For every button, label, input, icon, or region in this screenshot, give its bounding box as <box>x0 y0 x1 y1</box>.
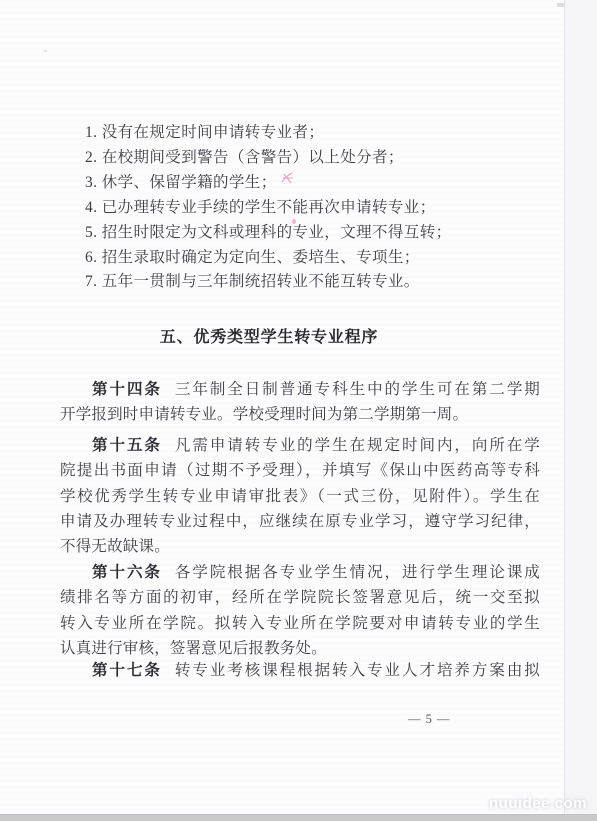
article-paragraph-17: 第十七条转专业考核课程根据转入专业人才培养方案由拟 <box>60 658 540 683</box>
pink-scribble-artifact <box>280 171 296 185</box>
article-line: 绩排名等方面的初审，经所在学院院长签署意见后，统一交至拟 <box>60 585 540 610</box>
section-heading: 五、优秀类型学生转专业程序 <box>60 324 540 347</box>
article-line: 申请及办理转专业过程中，应继续在原专业学习，遵守学习纪律， <box>60 509 540 534</box>
scanned-document-page: 1. 没有在规定时间申请转专业者； 2. 在校期间受到警告（含警告）以上处分者；… <box>0 0 597 821</box>
list-item: 1. 没有在规定时间申请转专业者； <box>85 121 555 146</box>
article-line: 第十六条各学院根据各专业学生情况，进行学生理论课成 <box>60 560 540 585</box>
list-item: 4. 已办理转专业手续的学生不能再次申请转专业； <box>85 196 555 221</box>
article-line: 不得无故缺课。 <box>60 534 540 559</box>
article-line: 开学报到时申请转专业。学校受理时间为第二学期第一周。 <box>60 402 540 427</box>
site-watermark: nuuidee.com <box>489 795 597 812</box>
article-text: 凡需申请转专业的学生在规定时间内，向所在学 <box>175 437 540 454</box>
article-paragraph-14: 第十四条三年制全日制普通专科生中的学生可在第二学期 开学报到时申请转专业。学校受… <box>60 377 540 428</box>
article-line: 第十四条三年制全日制普通专科生中的学生可在第二学期 <box>60 377 540 402</box>
article-lead: 第十七条 <box>92 662 162 679</box>
exclusion-list: 1. 没有在规定时间申请转专业者； 2. 在校期间受到警告（含警告）以上处分者；… <box>85 121 555 295</box>
bottom-scan-bar <box>0 814 597 821</box>
scan-speck-artifact <box>44 50 47 52</box>
list-item: 2. 在校期间受到警告（含警告）以上处分者； <box>85 146 555 171</box>
list-item: 6. 招生录取时确定为定向生、委培生、专项生； <box>85 246 555 271</box>
article-text: 各学院根据各专业学生情况，进行学生理论课成 <box>175 564 540 581</box>
article-line: 第十五条凡需申请转专业的学生在规定时间内，向所在学 <box>60 433 540 458</box>
article-lead: 第十四条 <box>92 381 162 398</box>
scan-corner-artifact <box>557 3 565 7</box>
pink-dot-artifact <box>292 219 296 224</box>
article-lead: 第十六条 <box>92 564 162 581</box>
list-item: 7. 五年一贯制与三年制统招转业不能互转专业。 <box>85 270 555 295</box>
article-paragraph-16: 第十六条各学院根据各专业学生情况，进行学生理论课成 绩排名等方面的初审，经所在学… <box>60 560 540 661</box>
article-line: 学校优秀学生转专业申请审批表》（一式三份，见附件）。学生在 <box>60 484 540 509</box>
article-line: 院提出书面申请（过期不予受理），并填写《保山中医药高等专科 <box>60 458 540 483</box>
list-item: 3. 休学、保留学籍的学生； <box>85 171 555 196</box>
article-paragraph-15: 第十五条凡需申请转专业的学生在规定时间内，向所在学 院提出书面申请（过期不予受理… <box>60 433 540 559</box>
article-lead: 第十五条 <box>92 437 162 454</box>
article-line: 转入专业所在学院。拟转入专业所在学院要对申请转专业的学生 <box>60 611 540 636</box>
page-number: — 5 — <box>408 712 451 727</box>
list-item: 5. 招生时限定为文科或理科的专业，文理不得互转； <box>85 221 555 246</box>
right-margin-strip <box>565 0 597 814</box>
article-text: 三年制全日制普通专科生中的学生可在第二学期 <box>175 381 540 398</box>
article-line: 第十七条转专业考核课程根据转入专业人才培养方案由拟 <box>60 658 540 683</box>
article-text: 转专业考核课程根据转入专业人才培养方案由拟 <box>175 662 540 679</box>
